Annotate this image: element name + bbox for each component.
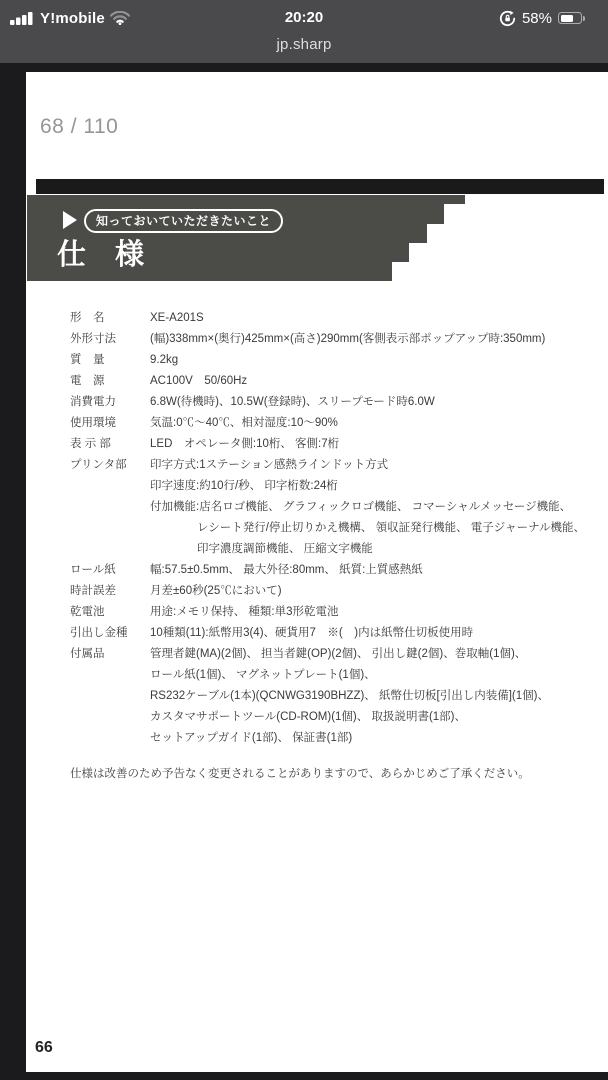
spec-label: 引出し金種 bbox=[70, 623, 128, 644]
spec-row: 表 示 部LED オペレータ側:10桁、 客側:7桁 bbox=[26, 434, 608, 455]
spec-value-line: ロール紙(1個)、 マグネットプレート(1個)、 bbox=[150, 665, 608, 686]
spec-value-line: 付加機能:店名ロゴ機能、 グラフィックロゴ機能、 コマーシャルメッセージ機能、 bbox=[150, 497, 608, 518]
spec-value-line: 印字濃度調節機能、 圧縮文字機能 bbox=[150, 539, 608, 560]
spec-table: 形 名XE-A201S外形寸法(幅)338mm×(奥行)425mm×(高さ)29… bbox=[26, 308, 608, 749]
triangle-right-icon bbox=[63, 211, 77, 229]
spec-row: 消費電力6.8W(待機時)、10.5W(登録時)、スリープモード時6.0W bbox=[26, 392, 608, 413]
spec-value-line: 管理者鍵(MA)(2個)、 担当者鍵(OP)(2個)、 引出し鍵(2個)、巻取軸… bbox=[150, 644, 608, 665]
spec-label: ロール紙 bbox=[70, 560, 116, 581]
orientation-lock-icon bbox=[499, 10, 516, 27]
spec-label: 時計誤差 bbox=[70, 581, 116, 602]
pdf-page[interactable]: 68 / 110 知っておいていただきたいこと 仕 様 形 名XE-A201S外… bbox=[26, 72, 608, 1072]
battery-icon bbox=[558, 12, 582, 24]
spec-label: 消費電力 bbox=[70, 392, 116, 413]
spec-value-line: 6.8W(待機時)、10.5W(登録時)、スリープモード時6.0W bbox=[150, 392, 608, 413]
spec-value-line: 幅:57.5±0.5mm、 最大外径:80mm、 紙質:上質感熱紙 bbox=[150, 560, 608, 581]
spec-value-line: 月差±60秒(25℃において) bbox=[150, 581, 608, 602]
spec-row: 使用環境気温:0℃〜40℃、相対湿度:10〜90% bbox=[26, 413, 608, 434]
spec-label: 使用環境 bbox=[70, 413, 116, 434]
section-title: 仕 様 bbox=[57, 232, 144, 273]
spec-value-line: 印字速度:約10行/秒、 印字桁数:24桁 bbox=[150, 476, 608, 497]
spec-label: プリンタ部 bbox=[70, 455, 127, 476]
status-right-group: 58% bbox=[499, 8, 582, 28]
spec-value-line: 印字方式:1ステーション感熱ラインドット方式 bbox=[150, 455, 608, 476]
section-tagline-pill: 知っておいていただきたいこと bbox=[84, 209, 283, 233]
spec-row: 電 源AC100V 50/60Hz bbox=[26, 371, 608, 392]
spec-row: プリンタ部印字方式:1ステーション感熱ラインドット方式印字速度:約10行/秒、 … bbox=[26, 455, 608, 560]
spec-value-line: (幅)338mm×(奥行)425mm×(高さ)290mm(客側表示部ポップアップ… bbox=[150, 329, 608, 350]
disclaimer-note: 仕様は改善のため予告なく変更されることがありますので、あらかじめご了承ください。 bbox=[70, 765, 530, 781]
page-indicator: 68 / 110 bbox=[40, 115, 118, 139]
spec-label: 質 量 bbox=[70, 350, 105, 371]
document-page-number: 66 bbox=[35, 1039, 53, 1057]
header-black-band bbox=[36, 179, 604, 194]
spec-value-line: 10種類(11):紙幣用3(4)、硬貨用7 ※( )内は紙幣仕切板使用時 bbox=[150, 623, 608, 644]
spec-row: 外形寸法(幅)338mm×(奥行)425mm×(高さ)290mm(客側表示部ポッ… bbox=[26, 329, 608, 350]
url-field[interactable]: jp.sharp bbox=[0, 36, 608, 53]
battery-percent-label: 58% bbox=[522, 10, 552, 27]
spec-row: 時計誤差月差±60秒(25℃において) bbox=[26, 581, 608, 602]
spec-value-line: 気温:0℃〜40℃、相対湿度:10〜90% bbox=[150, 413, 608, 434]
spec-row: 付属品管理者鍵(MA)(2個)、 担当者鍵(OP)(2個)、 引出し鍵(2個)、… bbox=[26, 644, 608, 749]
spec-row: 引出し金種10種類(11):紙幣用3(4)、硬貨用7 ※( )内は紙幣仕切板使用… bbox=[26, 623, 608, 644]
spec-row: ロール紙幅:57.5±0.5mm、 最大外径:80mm、 紙質:上質感熱紙 bbox=[26, 560, 608, 581]
battery-fill bbox=[561, 15, 574, 22]
spec-value-line: LED オペレータ側:10桁、 客側:7桁 bbox=[150, 434, 608, 455]
spec-label: 表 示 部 bbox=[70, 434, 111, 455]
spec-label: 形 名 bbox=[70, 308, 105, 329]
spec-label: 電 源 bbox=[70, 371, 105, 392]
spec-row: 乾電池用途:メモリ保持、 種類:単3形乾電池 bbox=[26, 602, 608, 623]
spec-value-line: 9.2kg bbox=[150, 350, 608, 371]
spec-label: 乾電池 bbox=[70, 602, 105, 623]
spec-value-line: AC100V 50/60Hz bbox=[150, 371, 608, 392]
spec-value-line: セットアップガイド(1部)、 保証書(1部) bbox=[150, 728, 608, 749]
spec-label: 付属品 bbox=[70, 644, 105, 665]
browser-chrome: Y!mobile 20:20 58% jp.sharp bbox=[0, 0, 608, 63]
section-banner: 知っておいていただきたいこと 仕 様 bbox=[27, 195, 467, 281]
spec-value-line: 用途:メモリ保持、 種類:単3形乾電池 bbox=[150, 602, 608, 623]
spec-value-line: レシート発行/停止切りかえ機構、 領収証発行機能、 電子ジャーナル機能、 bbox=[150, 518, 608, 539]
spec-value-line: カスタマサポートツール(CD-ROM)(1個)、 取扱説明書(1部)、 bbox=[150, 707, 608, 728]
phone-screen: { "status_bar": { "carrier": "Y!mobile",… bbox=[0, 0, 608, 1080]
spec-row: 形 名XE-A201S bbox=[26, 308, 608, 329]
spec-value-line: XE-A201S bbox=[150, 308, 608, 329]
spec-value-line: RS232ケーブル(1本)(QCNWG3190BHZZ)、 紙幣仕切板[引出し内… bbox=[150, 686, 608, 707]
spec-label: 外形寸法 bbox=[70, 329, 116, 350]
spec-row: 質 量9.2kg bbox=[26, 350, 608, 371]
